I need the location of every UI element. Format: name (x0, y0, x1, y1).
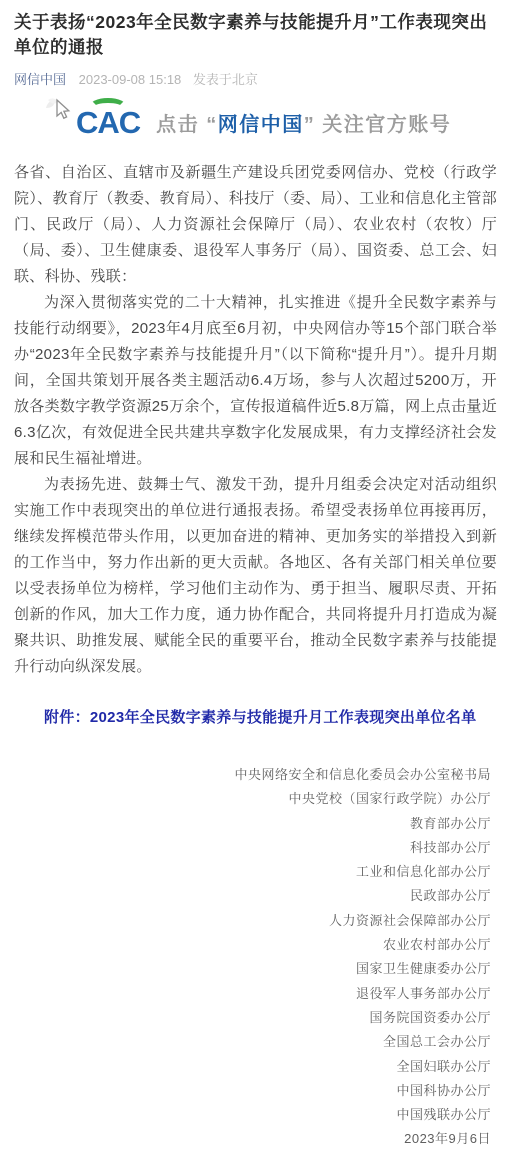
signatory-item: 退役军人事务部办公厅 (14, 982, 491, 1006)
cursor-icon (44, 94, 78, 126)
signatory-item: 教育部办公厅 (14, 812, 491, 836)
publish-location: 发表于北京 (193, 72, 258, 87)
page-title: 关于表扬“2023年全民数字素养与技能提升月”工作表现突出单位的通报 (14, 10, 497, 59)
signatory-item: 国务院国资委办公厅 (14, 1006, 491, 1030)
signatory-item: 中国残联办公厅 (14, 1103, 491, 1127)
attachment-title: 附件：2023年全民数字素养与技能提升月工作表现突出单位名单 (14, 707, 497, 729)
signatory-item: 中国科协办公厅 (14, 1079, 491, 1103)
cac-logo: CAC (76, 107, 140, 138)
banner-brand: 网信中国 (218, 114, 304, 136)
logo-arc-icon (89, 98, 127, 116)
banner-text: 点击 “网信中国” 关注官方账号 (156, 108, 451, 137)
signatory-item: 中央党校（国家行政学院）办公厅 (14, 787, 491, 811)
banner-prefix: 点击 (156, 114, 199, 136)
banner-quote-close: ” (304, 114, 323, 136)
article-body: 各省、自治区、直辖市及新疆生产建设兵团党委网信办、党校（行政学院）、教育厅（教委… (14, 160, 497, 680)
signatory-item: 工业和信息化部办公厅 (14, 860, 491, 884)
signatory-item: 中央网络安全和信息化委员会办公室秘书局 (14, 763, 491, 787)
body-paragraph: 为深入贯彻落实党的二十大精神，扎实推进《提升全民数字素养与技能行动纲要》，202… (14, 290, 497, 472)
signatory-item: 农业农村部办公厅 (14, 933, 491, 957)
body-paragraph: 为表扬先进、鼓舞士气、激发干劲，提升月组委会决定对活动组织实施工作中表现突出的单… (14, 472, 497, 680)
signatory-item: 科技部办公厅 (14, 836, 491, 860)
signatory-item: 人力资源社会保障部办公厅 (14, 909, 491, 933)
issue-date: 2023年9月6日 (14, 1127, 497, 1151)
signatory-item: 国家卫生健康委办公厅 (14, 957, 491, 981)
signatory-item: 全国总工会办公厅 (14, 1030, 491, 1054)
article-meta: 网信中国 2023-09-08 15:18 发表于北京 (14, 69, 497, 88)
follow-banner[interactable]: CAC 点击 “网信中国” 关注官方账号 (14, 98, 497, 146)
banner-suffix: 关注官方账号 (322, 114, 451, 136)
body-paragraph: 各省、自治区、直辖市及新疆生产建设兵团党委网信办、党校（行政学院）、教育厅（教委… (14, 160, 497, 290)
account-link[interactable]: 网信中国 (14, 72, 66, 87)
article-page: 关于表扬“2023年全民数字素养与技能提升月”工作表现突出单位的通报 网信中国 … (0, 0, 512, 1176)
banner-quote-open: “ (199, 114, 218, 136)
signatory-list: 中央网络安全和信息化委员会办公室秘书局 中央党校（国家行政学院）办公厅 教育部办… (14, 763, 497, 1127)
signatory-item: 民政部办公厅 (14, 884, 491, 908)
signatory-item: 全国妇联办公厅 (14, 1055, 491, 1079)
publish-datetime: 2023-09-08 15:18 (79, 72, 182, 87)
